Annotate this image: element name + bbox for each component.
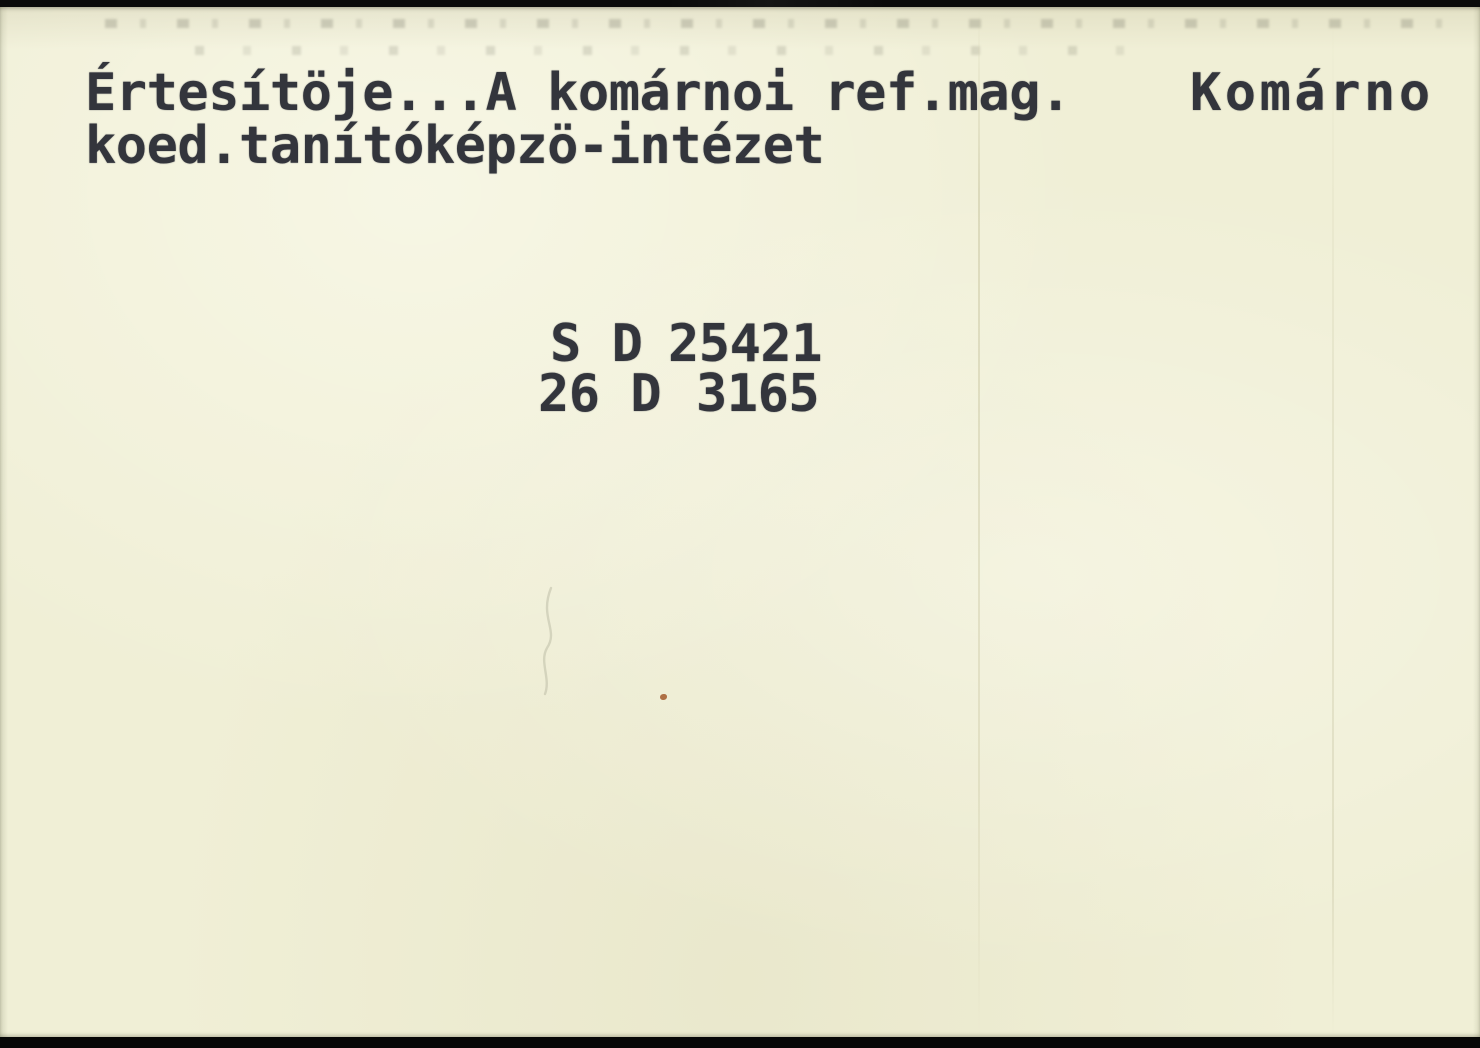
scanned-catalog-card: Értesítöje...A komárnoi ref.mag. Komárno… — [0, 0, 1480, 1048]
crease-mark — [515, 582, 585, 702]
call-number-value: 3165 — [696, 368, 819, 420]
ghost-type-impressions-row1 — [105, 19, 1455, 28]
call-number-value: 25421 — [668, 318, 822, 370]
call-number-prefix: 26 D — [538, 368, 661, 420]
title-line-2: koed.tanítóképzö-intézet — [85, 120, 824, 172]
paper-grain-line-left — [978, 7, 980, 1037]
scan-edge-bottom — [0, 1037, 1480, 1048]
paper-grain-line-right — [1332, 7, 1334, 1037]
place-heading: Komárno — [1190, 67, 1434, 119]
ghost-type-impressions-row2 — [195, 46, 1155, 55]
call-number-prefix: S D — [550, 318, 642, 370]
scan-edge-top — [0, 0, 1480, 7]
ink-speck — [660, 694, 667, 700]
catalog-card: Értesítöje...A komárnoi ref.mag. Komárno… — [0, 7, 1480, 1037]
title-line-1: Értesítöje...A komárnoi ref.mag. — [85, 67, 1071, 119]
